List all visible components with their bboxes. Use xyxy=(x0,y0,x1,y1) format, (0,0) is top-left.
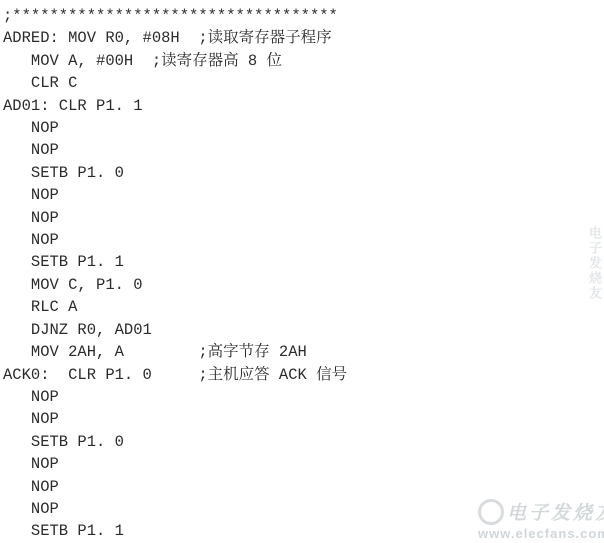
code-line: CLR C xyxy=(3,72,604,94)
code-line: SETB P1. 0 xyxy=(3,431,604,453)
screenshot-root: ;*********************************** ADR… xyxy=(0,0,604,543)
code-line: NOP xyxy=(3,184,604,206)
code-line: SETB P1. 1 xyxy=(3,520,604,542)
code-line: AD01: CLR P1. 1 xyxy=(3,95,604,117)
code-line: NOP xyxy=(3,139,604,161)
code-line: SETB P1. 1 xyxy=(3,251,604,273)
code-line: MOV C, P1. 0 xyxy=(3,274,604,296)
code-line: NOP xyxy=(3,386,604,408)
code-line: NOP xyxy=(3,207,604,229)
code-line: MOV 2AH, A ;高字节存 2AH xyxy=(3,341,604,363)
code-line: ;*********************************** xyxy=(3,5,604,27)
code-line: ADRED: MOV R0, #08H ;读取寄存器子程序 xyxy=(3,27,604,49)
code-line: SETB P1. 0 xyxy=(3,162,604,184)
code-line: NOP xyxy=(3,453,604,475)
code-line: NOP xyxy=(3,117,604,139)
code-line: DJNZ R0, AD01 xyxy=(3,319,604,341)
code-line: ACK0: CLR P1. 0 ;主机应答 ACK 信号 xyxy=(3,364,604,386)
code-line: RLC A xyxy=(3,296,604,318)
code-line: NOP xyxy=(3,229,604,251)
code-listing: ;*********************************** ADR… xyxy=(0,0,604,543)
code-line: MOV A, #00H ;读寄存器高 8 位 xyxy=(3,50,604,72)
code-line: NOP xyxy=(3,498,604,520)
code-line: NOP xyxy=(3,476,604,498)
code-line: NOP xyxy=(3,408,604,430)
